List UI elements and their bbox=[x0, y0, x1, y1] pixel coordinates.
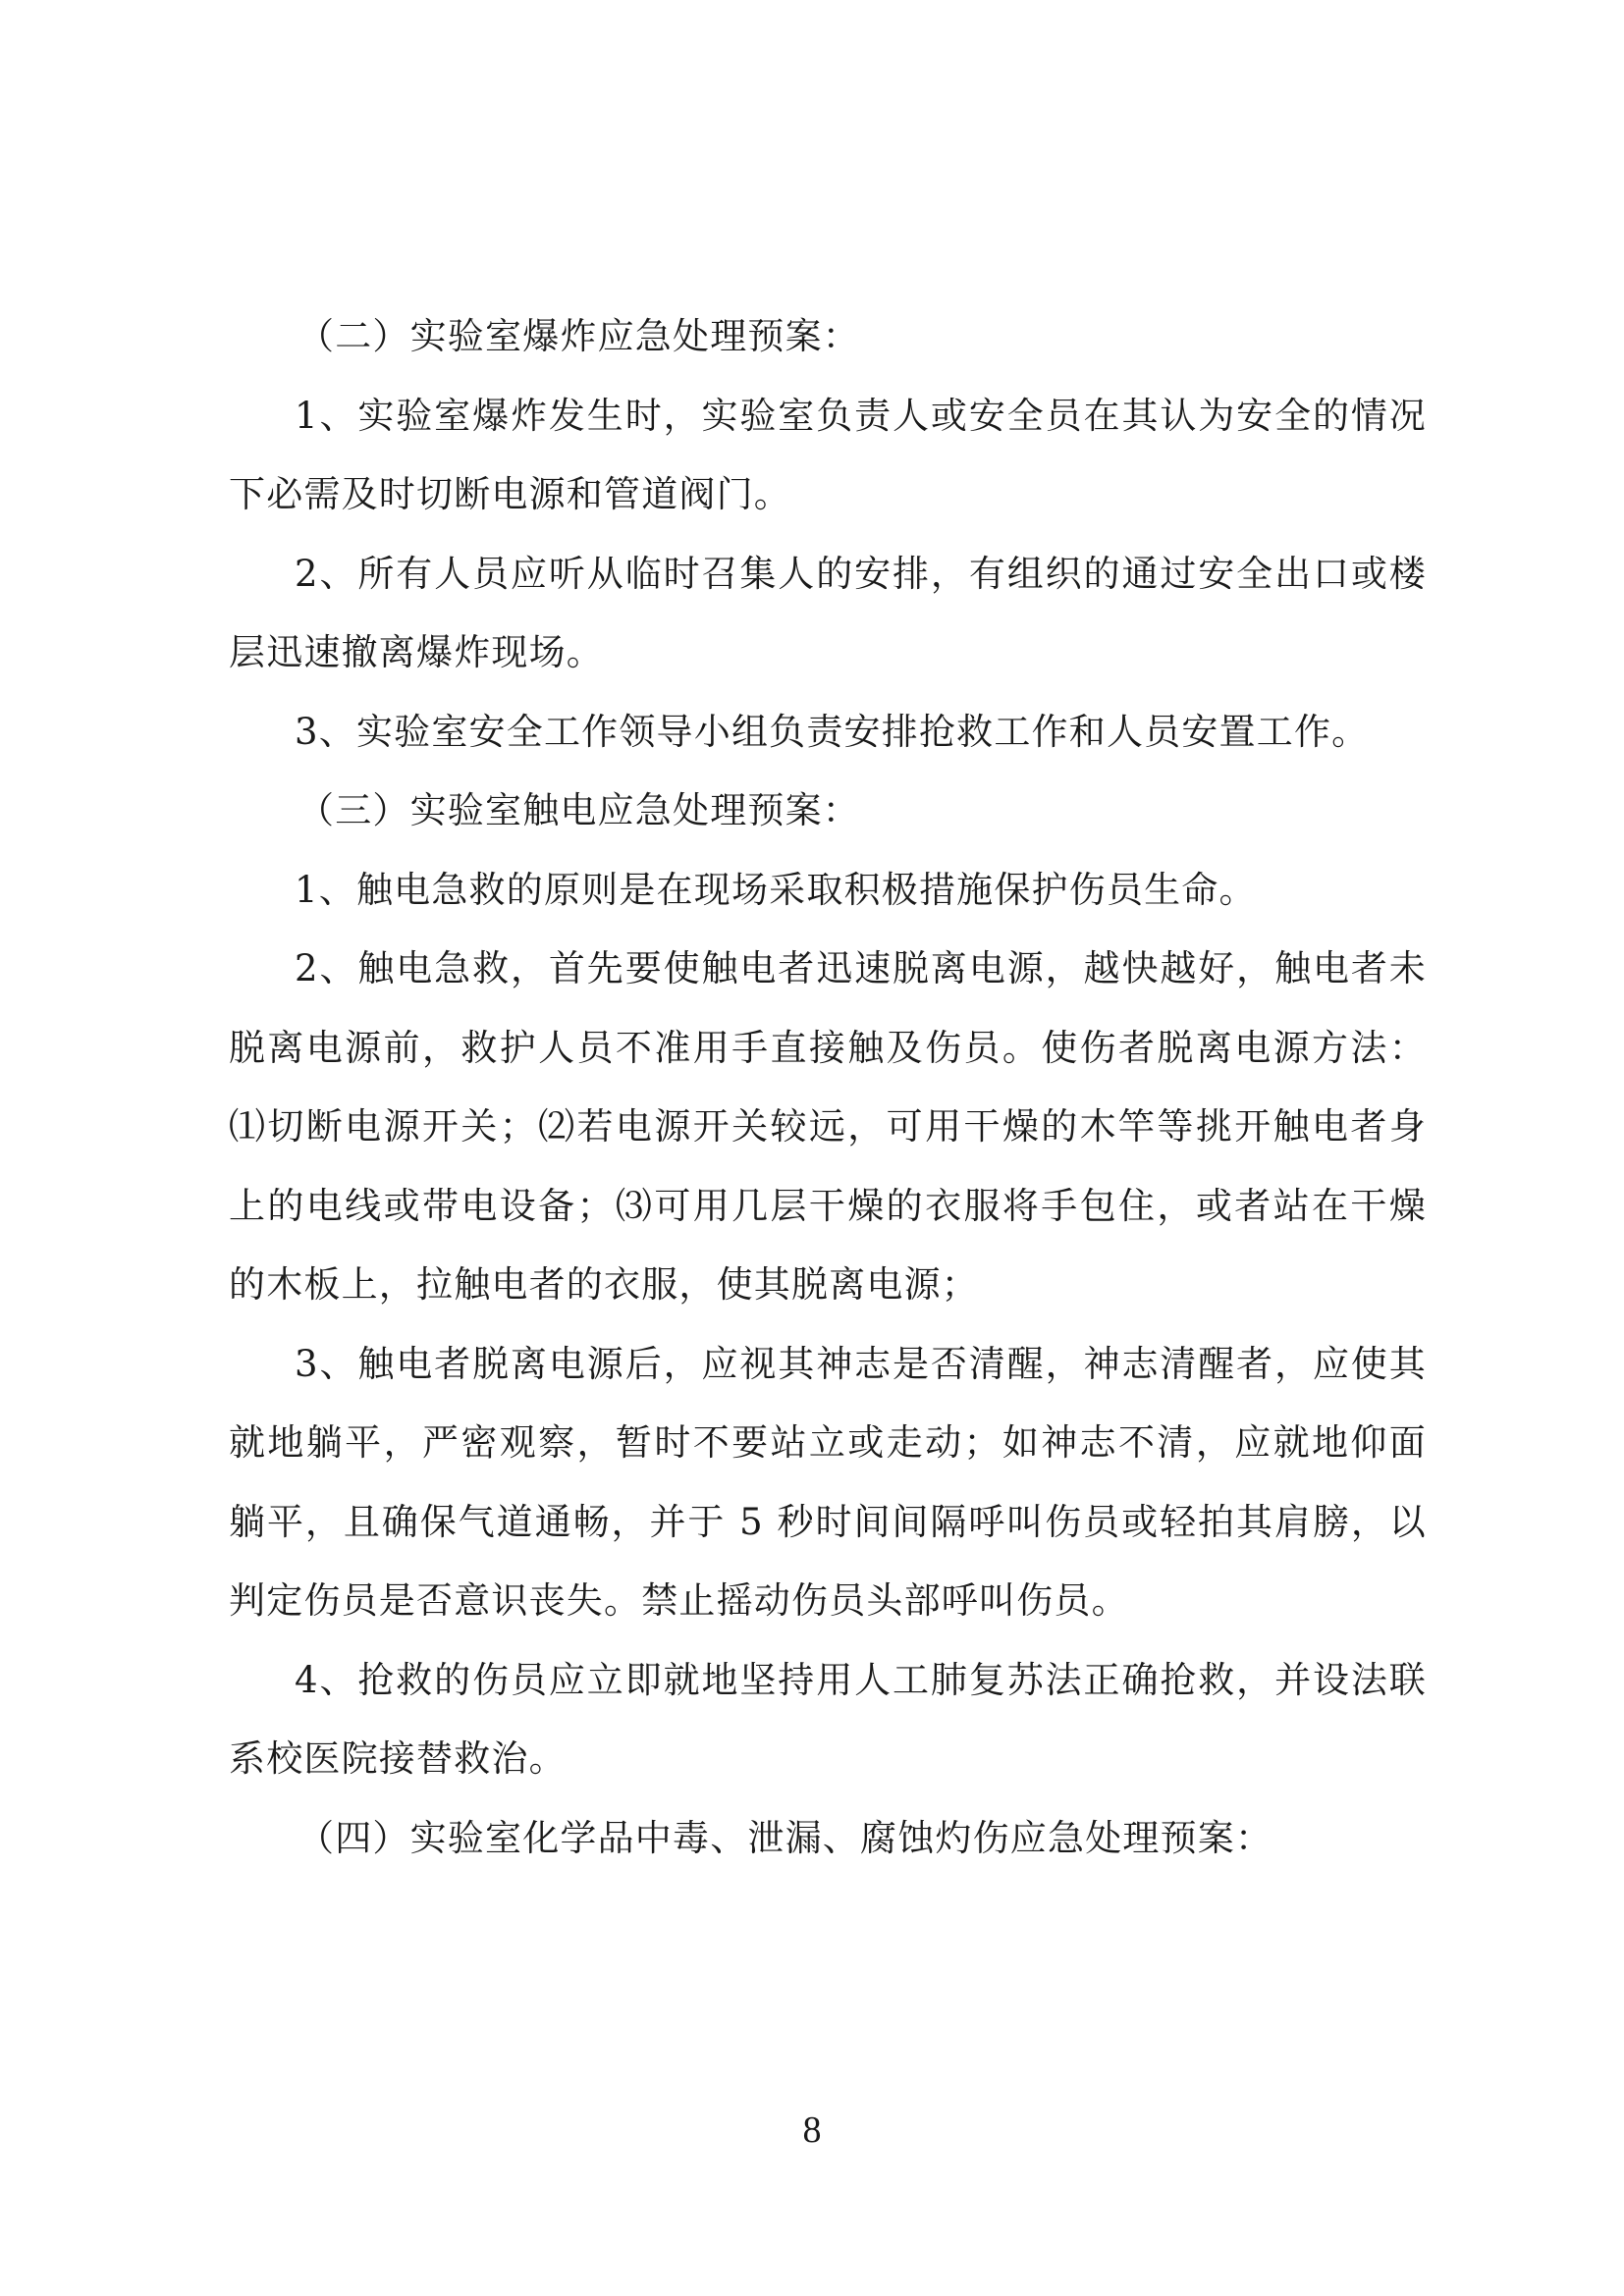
electric-shock-item-1: 1、触电急救的原则是在现场采取积极措施保护伤员生命。 bbox=[229, 851, 1427, 931]
document-page: （二）实验室爆炸应急处理预案： 1、实验室爆炸发生时，实验室负责人或安全员在其认… bbox=[0, 0, 1624, 2296]
electric-shock-item-2: 2、触电急救，首先要使触电者迅速脱离电源，越快越好，触电者未脱离电源前，救护人员… bbox=[229, 930, 1427, 1325]
section-heading-explosion: （二）实验室爆炸应急处理预案： bbox=[229, 297, 1427, 377]
section-heading-chemical: （四）实验室化学品中毒、泄漏、腐蚀灼伤应急处理预案： bbox=[229, 1799, 1427, 1879]
explosion-item-1: 1、实验室爆炸发生时，实验室负责人或安全员在其认为安全的情况下必需及时切断电源和… bbox=[229, 377, 1427, 535]
explosion-item-3: 3、实验室安全工作领导小组负责安排抢救工作和人员安置工作。 bbox=[229, 693, 1427, 773]
electric-shock-item-4: 4、抢救的伤员应立即就地坚持用人工肺复苏法正确抢救，并设法联系校医院接替救治。 bbox=[229, 1641, 1427, 1799]
electric-shock-item-3: 3、触电者脱离电源后，应视其神志是否清醒，神志清醒者，应使其就地躺平，严密观察，… bbox=[229, 1325, 1427, 1641]
page-number: 8 bbox=[0, 2109, 1624, 2152]
document-body: （二）实验室爆炸应急处理预案： 1、实验室爆炸发生时，实验室负责人或安全员在其认… bbox=[229, 297, 1427, 1878]
explosion-item-2: 2、所有人员应听从临时召集人的安排，有组织的通过安全出口或楼层迅速撤离爆炸现场。 bbox=[229, 535, 1427, 693]
section-heading-electric-shock: （三）实验室触电应急处理预案： bbox=[229, 772, 1427, 851]
